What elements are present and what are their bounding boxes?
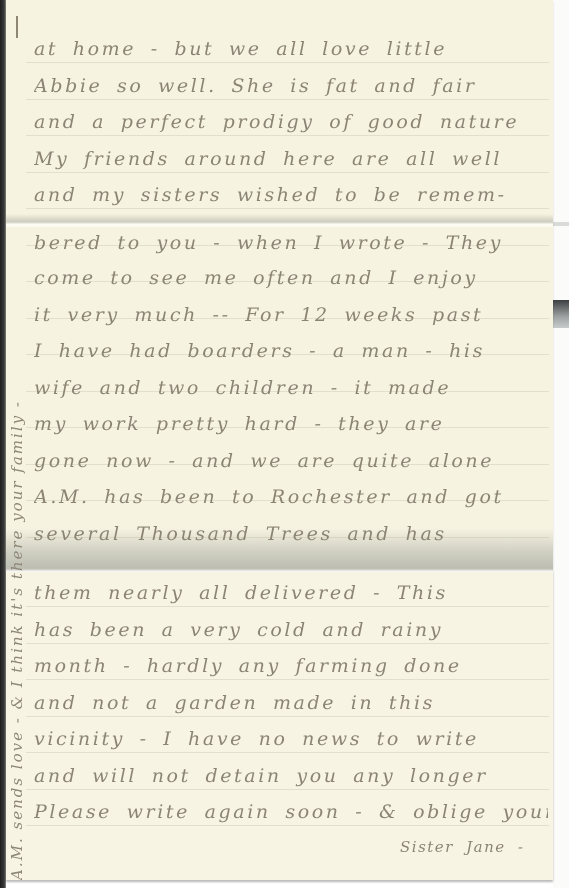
letter-line: I have had boarders - a man - his <box>34 340 548 370</box>
letter-line: Please write again soon - & oblige your <box>34 801 548 831</box>
letter-line: several Thousand Trees and has <box>34 523 548 553</box>
letter-line: My friends around here are all well <box>34 148 548 178</box>
letter-line: has been a very cold and rainy <box>34 619 548 649</box>
letter-line: A.M. has been to Rochester and got <box>34 486 548 516</box>
scan-shadow <box>553 222 569 226</box>
margin-note: A.M. sends love - & I think it's there y… <box>8 0 32 880</box>
letter-line: gone now - and we are quite alone <box>34 450 548 480</box>
signature: Sister Jane - <box>400 838 550 868</box>
letter-line: and not a garden made in this <box>34 692 548 722</box>
scan-shadow <box>553 300 569 328</box>
letter-line: and will not detain you any longer <box>34 765 548 795</box>
letter-line: bered to you - when I wrote - They <box>34 232 548 262</box>
letter-line: Abbie so well. She is fat and fair <box>34 75 548 105</box>
letter-line: vicinity - I have no news to write <box>34 728 548 758</box>
letter-line: at home - but we all love little <box>34 38 548 68</box>
letter-line: them nearly all delivered - This <box>34 582 548 612</box>
paper-fold-upper <box>6 214 553 228</box>
letter-line: and my sisters wished to be remem- <box>34 184 548 214</box>
letter-line: come to see me often and I enjoy <box>34 267 548 297</box>
letter-line: wife and two children - it made <box>34 377 548 407</box>
letter-line: and a perfect prodigy of good nature <box>34 111 548 141</box>
letter-line: month - hardly any farming done <box>34 655 548 685</box>
letter-line: my work pretty hard - they are <box>34 413 548 443</box>
letter-page-lower-fold <box>6 570 553 880</box>
letter-line: it very much -- For 12 weeks past <box>34 304 548 334</box>
scan-background-right <box>553 0 569 888</box>
